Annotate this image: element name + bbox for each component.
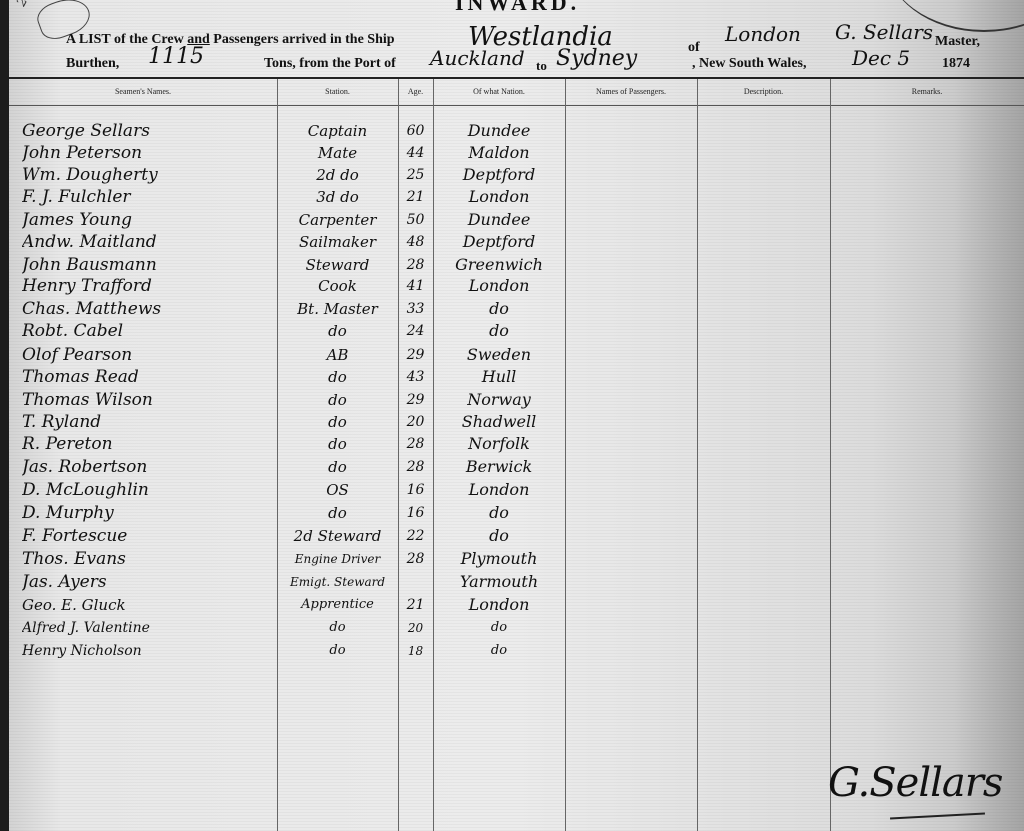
crew-row: F. Fortescue 2d Steward 22 do bbox=[0, 525, 1024, 547]
crew-name: Jas. Robertson bbox=[22, 456, 272, 478]
crew-station: Sailmaker bbox=[277, 231, 398, 253]
crew-nation: Norfolk bbox=[433, 433, 565, 455]
column-header-remarks: Remarks. bbox=[830, 87, 1024, 96]
crew-name: Thomas Wilson bbox=[22, 389, 272, 411]
crew-nation: do bbox=[433, 298, 565, 320]
crew-age: 29 bbox=[398, 389, 433, 411]
crew-nation: Plymouth bbox=[433, 548, 565, 570]
crew-nation: do bbox=[433, 640, 565, 662]
to-port: Sydney bbox=[556, 46, 637, 71]
crew-nation: Greenwich bbox=[433, 254, 565, 276]
crew-station: do bbox=[277, 411, 398, 433]
crew-age: 43 bbox=[398, 366, 433, 388]
column-header-passengers: Names of Passengers. bbox=[565, 87, 697, 96]
crew-row: Wm. Dougherty 2d do 25 Deptford bbox=[0, 164, 1024, 186]
crew-station: Mate bbox=[277, 142, 398, 164]
crew-name: F. J. Fulchler bbox=[22, 186, 272, 208]
crew-row: Alfred J. Valentine do 20 do bbox=[0, 617, 1024, 639]
crew-name: T. Ryland bbox=[22, 411, 272, 433]
crew-station: Bt. Master bbox=[277, 298, 398, 320]
crew-age: 21 bbox=[398, 594, 433, 616]
crew-row: Jas. Robertson do 28 Berwick bbox=[0, 456, 1024, 478]
crew-row: Chas. Matthews Bt. Master 33 do bbox=[0, 298, 1024, 320]
crew-nation: Berwick bbox=[433, 456, 565, 478]
crew-age: 28 bbox=[398, 548, 433, 570]
crew-name: Henry Nicholson bbox=[22, 640, 272, 662]
crew-row: Henry Trafford Cook 41 London bbox=[0, 275, 1024, 297]
document-title: INWARD. bbox=[455, 0, 580, 16]
crew-age: 44 bbox=[398, 142, 433, 164]
header-list-suffix: Passengers arrived in the Ship bbox=[213, 32, 394, 47]
crew-nation: Deptford bbox=[433, 164, 565, 186]
crew-station: OS bbox=[277, 479, 398, 501]
column-header-description: Description. bbox=[697, 87, 830, 96]
crew-age: 25 bbox=[398, 164, 433, 186]
crew-station: AB bbox=[277, 344, 398, 366]
crew-row: Henry Nicholson do 18 do bbox=[0, 640, 1024, 662]
crew-name: Thos. Evans bbox=[22, 548, 272, 570]
crew-station: do bbox=[277, 433, 398, 455]
crew-row: Thomas Wilson do 29 Norway bbox=[0, 389, 1024, 411]
crew-name: George Sellars bbox=[22, 120, 272, 142]
crew-age: 20 bbox=[398, 411, 433, 433]
crew-row: Jas. Ayers Emigt. Steward Yarmouth bbox=[0, 571, 1024, 593]
crew-age: 20 bbox=[398, 617, 433, 639]
crew-row: R. Pereton do 28 Norfolk bbox=[0, 433, 1024, 455]
burthen-value: 1115 bbox=[148, 44, 204, 69]
crew-age: 50 bbox=[398, 209, 433, 231]
crew-nation: London bbox=[433, 186, 565, 208]
crew-name: John Peterson bbox=[22, 142, 272, 164]
crew-nation: do bbox=[433, 502, 565, 524]
crew-age: 22 bbox=[398, 525, 433, 547]
crew-age: 28 bbox=[398, 433, 433, 455]
arrival-date: Dec 5 bbox=[852, 46, 910, 70]
crew-nation: Dundee bbox=[433, 120, 565, 142]
to-label: to bbox=[536, 58, 547, 74]
crew-station: do bbox=[277, 366, 398, 388]
crew-name: R. Pereton bbox=[22, 433, 272, 455]
colony-label: , New South Wales, bbox=[692, 56, 806, 72]
crew-age: 29 bbox=[398, 344, 433, 366]
crew-station: do bbox=[277, 320, 398, 342]
arrival-year: 1874 bbox=[942, 56, 970, 72]
from-port: Auckland bbox=[430, 46, 525, 70]
crew-nation: Dundee bbox=[433, 209, 565, 231]
of-label: of bbox=[688, 40, 700, 56]
crew-name: John Bausmann bbox=[22, 254, 272, 276]
crew-row: John Bausmann Steward 28 Greenwich bbox=[0, 254, 1024, 276]
crew-row: George Sellars Captain 60 Dundee bbox=[0, 120, 1024, 142]
crew-row: T. Ryland do 20 Shadwell bbox=[0, 411, 1024, 433]
crew-row: Robt. Cabel do 24 do bbox=[0, 320, 1024, 342]
crew-station: Carpenter bbox=[277, 209, 398, 231]
crew-row: Geo. E. Gluck Apprentice 21 London bbox=[0, 594, 1024, 616]
tons-label: Tons, from the Port of bbox=[264, 56, 396, 72]
crew-station: Emigt. Steward bbox=[277, 571, 398, 593]
crew-age: 28 bbox=[398, 254, 433, 276]
crew-age: 28 bbox=[398, 456, 433, 478]
crew-name: Henry Trafford bbox=[22, 275, 272, 297]
crew-station: 3d do bbox=[277, 186, 398, 208]
crew-name: Andw. Maitland bbox=[22, 231, 272, 253]
crew-name: Thomas Read bbox=[22, 366, 272, 388]
master-name: G. Sellars bbox=[835, 20, 933, 44]
crew-nation: Maldon bbox=[433, 142, 565, 164]
ship-registry: London bbox=[725, 22, 801, 46]
crew-name: Alfred J. Valentine bbox=[22, 617, 272, 639]
burthen-label: Burthen, bbox=[66, 56, 119, 72]
crew-name: Jas. Ayers bbox=[22, 571, 272, 593]
crew-name: D. McLoughlin bbox=[22, 479, 272, 501]
crew-station: 2d Steward bbox=[277, 525, 398, 547]
crew-age: 16 bbox=[398, 502, 433, 524]
crew-row: John Peterson Mate 44 Maldon bbox=[0, 142, 1024, 164]
crew-name: Robt. Cabel bbox=[22, 320, 272, 342]
crew-age: 21 bbox=[398, 186, 433, 208]
crew-nation: Norway bbox=[433, 389, 565, 411]
crew-age: 18 bbox=[398, 640, 433, 662]
crew-name: D. Murphy bbox=[22, 502, 272, 524]
header-rule bbox=[9, 77, 1024, 79]
crew-station: Cook bbox=[277, 275, 398, 297]
crew-name: Chas. Matthews bbox=[22, 298, 272, 320]
master-label: Master, bbox=[935, 34, 980, 50]
column-header-nation: Of what Nation. bbox=[433, 87, 565, 96]
crew-name: James Young bbox=[22, 209, 272, 231]
crew-nation: Sweden bbox=[433, 344, 565, 366]
crew-nation: Shadwell bbox=[433, 411, 565, 433]
crew-station: Apprentice bbox=[277, 594, 398, 616]
column-header-rule bbox=[9, 105, 1024, 106]
crew-station: do bbox=[277, 389, 398, 411]
crew-name: F. Fortescue bbox=[22, 525, 272, 547]
crew-row: Andw. Maitland Sailmaker 48 Deptford bbox=[0, 231, 1024, 253]
crew-row: F. J. Fulchler 3d do 21 London bbox=[0, 186, 1024, 208]
crew-nation: Hull bbox=[433, 366, 565, 388]
crew-station: Engine Driver bbox=[277, 548, 398, 570]
crew-station: do bbox=[277, 456, 398, 478]
crew-name: Wm. Dougherty bbox=[22, 164, 272, 186]
crew-age: 48 bbox=[398, 231, 433, 253]
manifest-page: 2013.1 INWARD. A LIST of the Crew and Pa… bbox=[0, 0, 1024, 831]
crew-row: Thomas Read do 43 Hull bbox=[0, 366, 1024, 388]
crew-age: 33 bbox=[398, 298, 433, 320]
crew-name: Olof Pearson bbox=[22, 344, 272, 366]
crew-station: do bbox=[277, 502, 398, 524]
crew-station: do bbox=[277, 640, 398, 662]
crew-nation: do bbox=[433, 617, 565, 639]
crew-station: Captain bbox=[277, 120, 398, 142]
crew-age: 60 bbox=[398, 120, 433, 142]
crew-nation: do bbox=[433, 320, 565, 342]
crew-nation: do bbox=[433, 525, 565, 547]
master-signature: G.Sellars bbox=[828, 760, 1002, 806]
crew-station: do bbox=[277, 617, 398, 639]
crew-station: 2d do bbox=[277, 164, 398, 186]
crew-nation: Deptford bbox=[433, 231, 565, 253]
crew-row: Olof Pearson AB 29 Sweden bbox=[0, 344, 1024, 366]
crew-station: Steward bbox=[277, 254, 398, 276]
crew-row: D. Murphy do 16 do bbox=[0, 502, 1024, 524]
crew-nation: London bbox=[433, 479, 565, 501]
crew-nation: London bbox=[433, 275, 565, 297]
crew-age: 41 bbox=[398, 275, 433, 297]
crew-row: Thos. Evans Engine Driver 28 Plymouth bbox=[0, 548, 1024, 570]
crew-nation: Yarmouth bbox=[433, 571, 565, 593]
column-header-station: Station. bbox=[277, 87, 398, 96]
crew-row: James Young Carpenter 50 Dundee bbox=[0, 209, 1024, 231]
header-line-1: A LIST of the Crew and Passengers arrive… bbox=[66, 32, 395, 48]
crew-row: D. McLoughlin OS 16 London bbox=[0, 479, 1024, 501]
column-header-age: Age. bbox=[398, 87, 433, 96]
crew-age: 16 bbox=[398, 479, 433, 501]
crew-age bbox=[398, 571, 433, 593]
column-header-names: Seamen's Names. bbox=[9, 87, 277, 96]
crew-age: 24 bbox=[398, 320, 433, 342]
crew-nation: London bbox=[433, 594, 565, 616]
crew-name: Geo. E. Gluck bbox=[22, 594, 272, 616]
